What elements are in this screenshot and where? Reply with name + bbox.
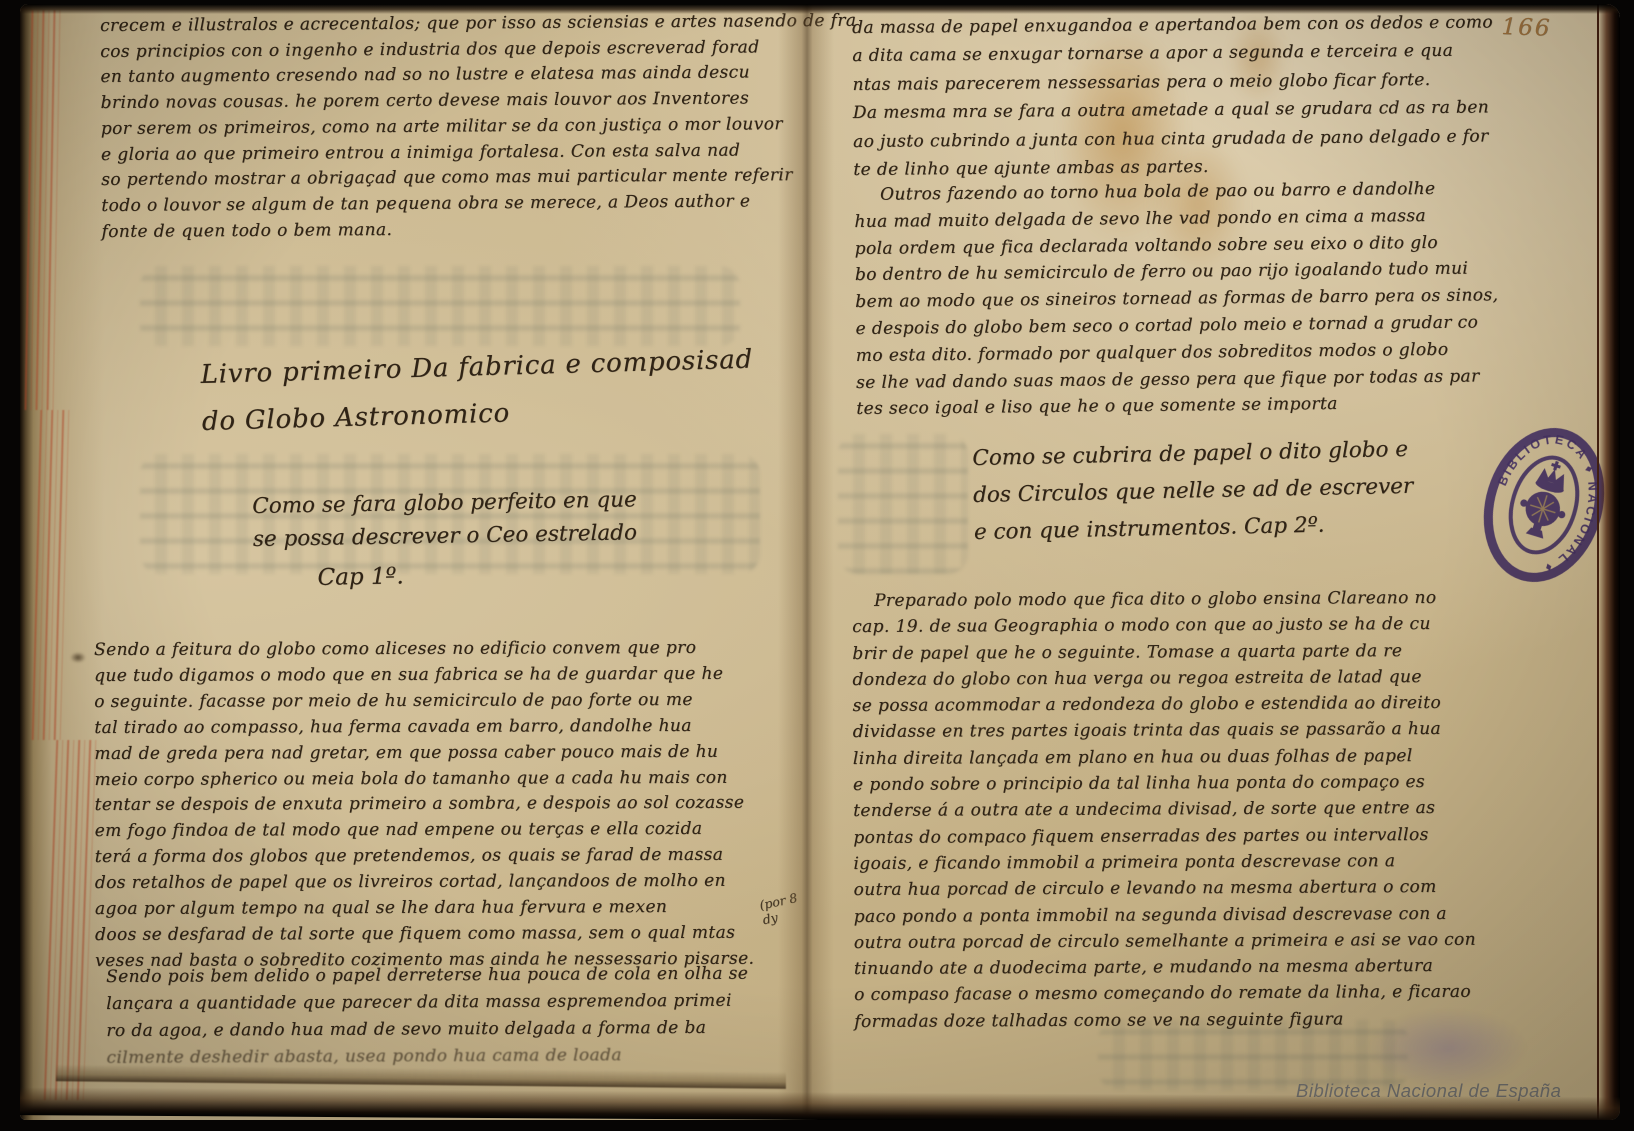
photo-vignette — [20, 4, 1620, 1120]
manuscript-scan: crecem e illustralos e acrecentalos; que… — [0, 0, 1634, 1131]
book-photo: crecem e illustralos e acrecentalos; que… — [20, 4, 1620, 1120]
